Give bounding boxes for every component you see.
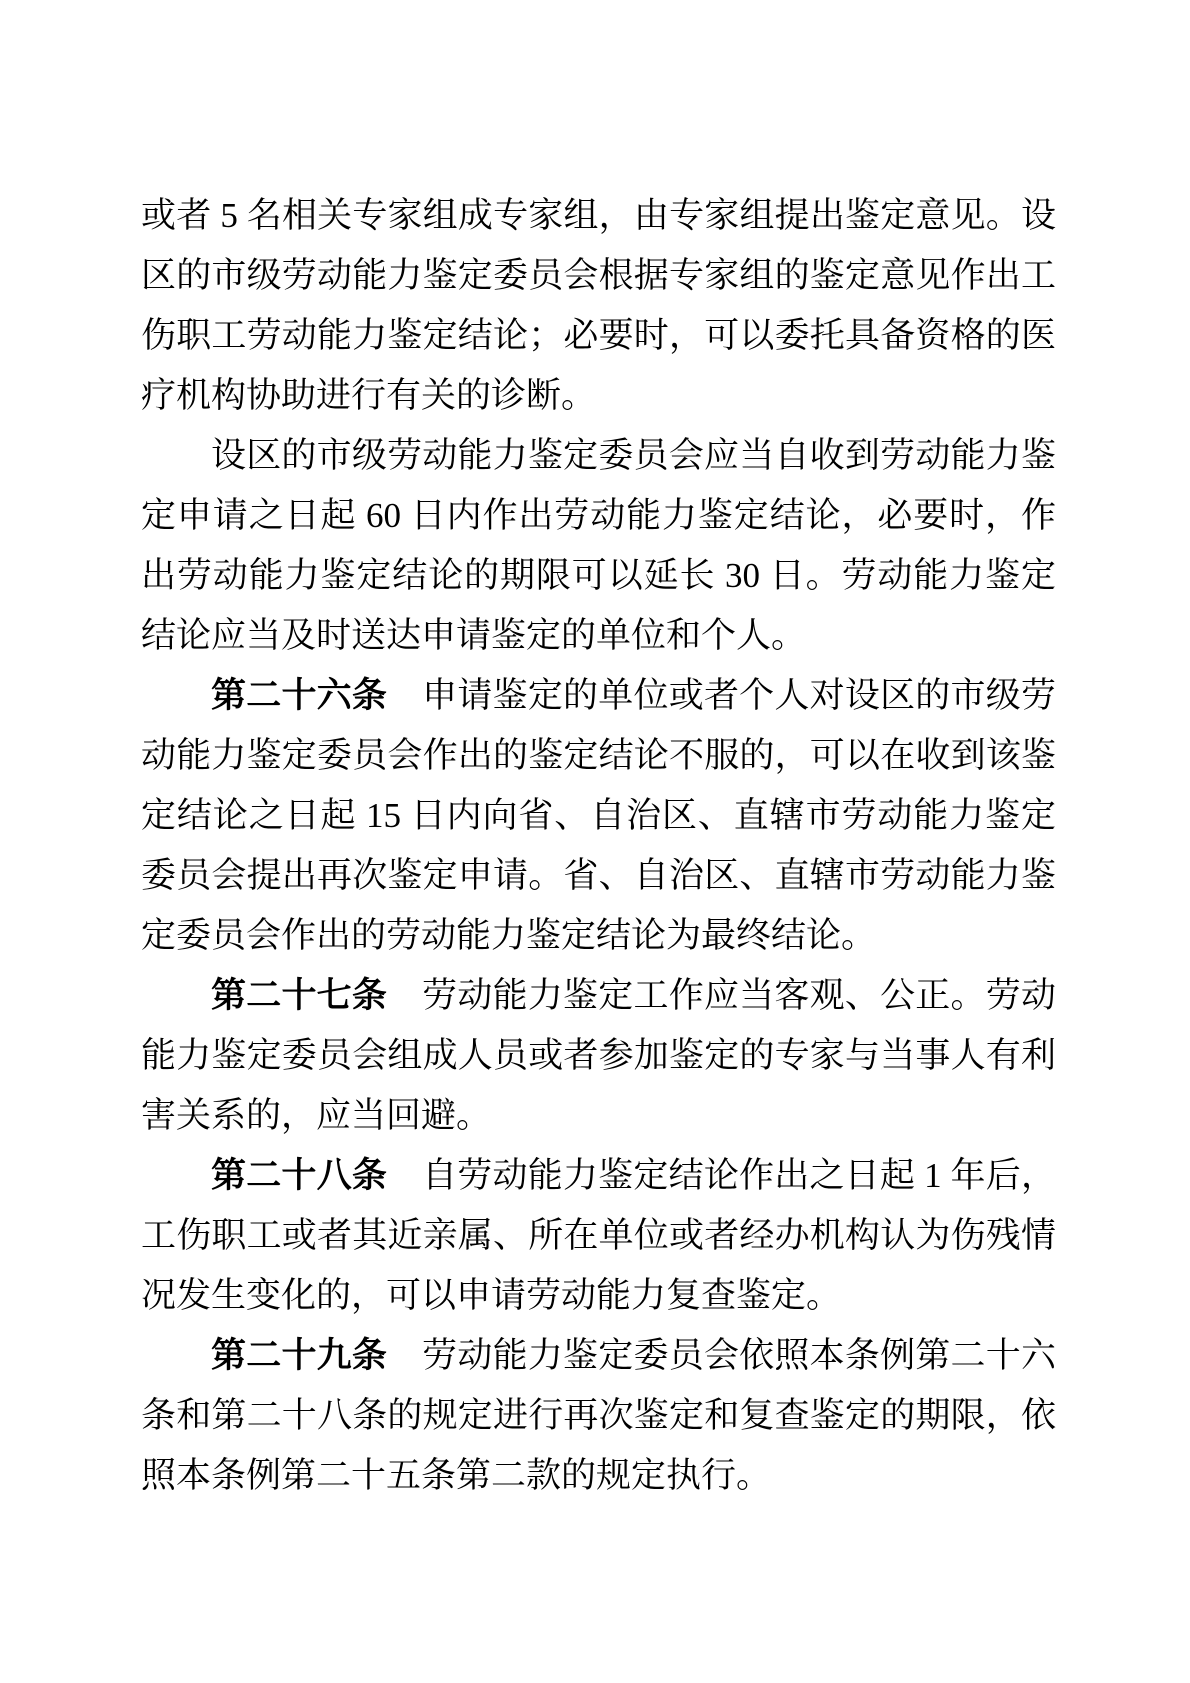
paragraph-article-27: 第二十七条劳动能力鉴定工作应当客观、公正。劳动能力鉴定委员会组成人员或者参加鉴定… [141,966,1056,1146]
paragraph: 设区的市级劳动能力鉴定委员会应当自收到劳动能力鉴定申请之日起 60 日内作出劳动… [141,426,1056,666]
paragraph-article-26: 第二十六条申请鉴定的单位或者个人对设区的市级劳动能力鉴定委员会作出的鉴定结论不服… [141,666,1056,966]
paragraph-continuation: 或者 5 名相关专家组成专家组，由专家组提出鉴定意见。设区的市级劳动能力鉴定委员… [141,186,1056,426]
paragraph-article-29: 第二十九条劳动能力鉴定委员会依照本条例第二十六条和第二十八条的规定进行再次鉴定和… [141,1326,1056,1506]
paragraph-text: 申请鉴定的单位或者个人对设区的市级劳动能力鉴定委员会作出的鉴定结论不服的，可以在… [141,676,1056,955]
document-page: 或者 5 名相关专家组成专家组，由专家组提出鉴定意见。设区的市级劳动能力鉴定委员… [0,0,1190,1683]
article-number-label: 第二十八条 [211,1156,387,1195]
paragraph-article-28: 第二十八条自劳动能力鉴定结论作出之日起 1 年后，工伤职工或者其近亲属、所在单位… [141,1146,1056,1326]
article-number-label: 第二十九条 [211,1336,387,1375]
paragraph-text: 或者 5 名相关专家组成专家组，由专家组提出鉴定意见。设区的市级劳动能力鉴定委员… [141,196,1056,415]
paragraph-text: 设区的市级劳动能力鉴定委员会应当自收到劳动能力鉴定申请之日起 60 日内作出劳动… [141,436,1056,655]
article-number-label: 第二十七条 [211,976,387,1015]
document-body: 或者 5 名相关专家组成专家组，由专家组提出鉴定意见。设区的市级劳动能力鉴定委员… [141,186,1056,1506]
article-number-label: 第二十六条 [211,676,387,715]
